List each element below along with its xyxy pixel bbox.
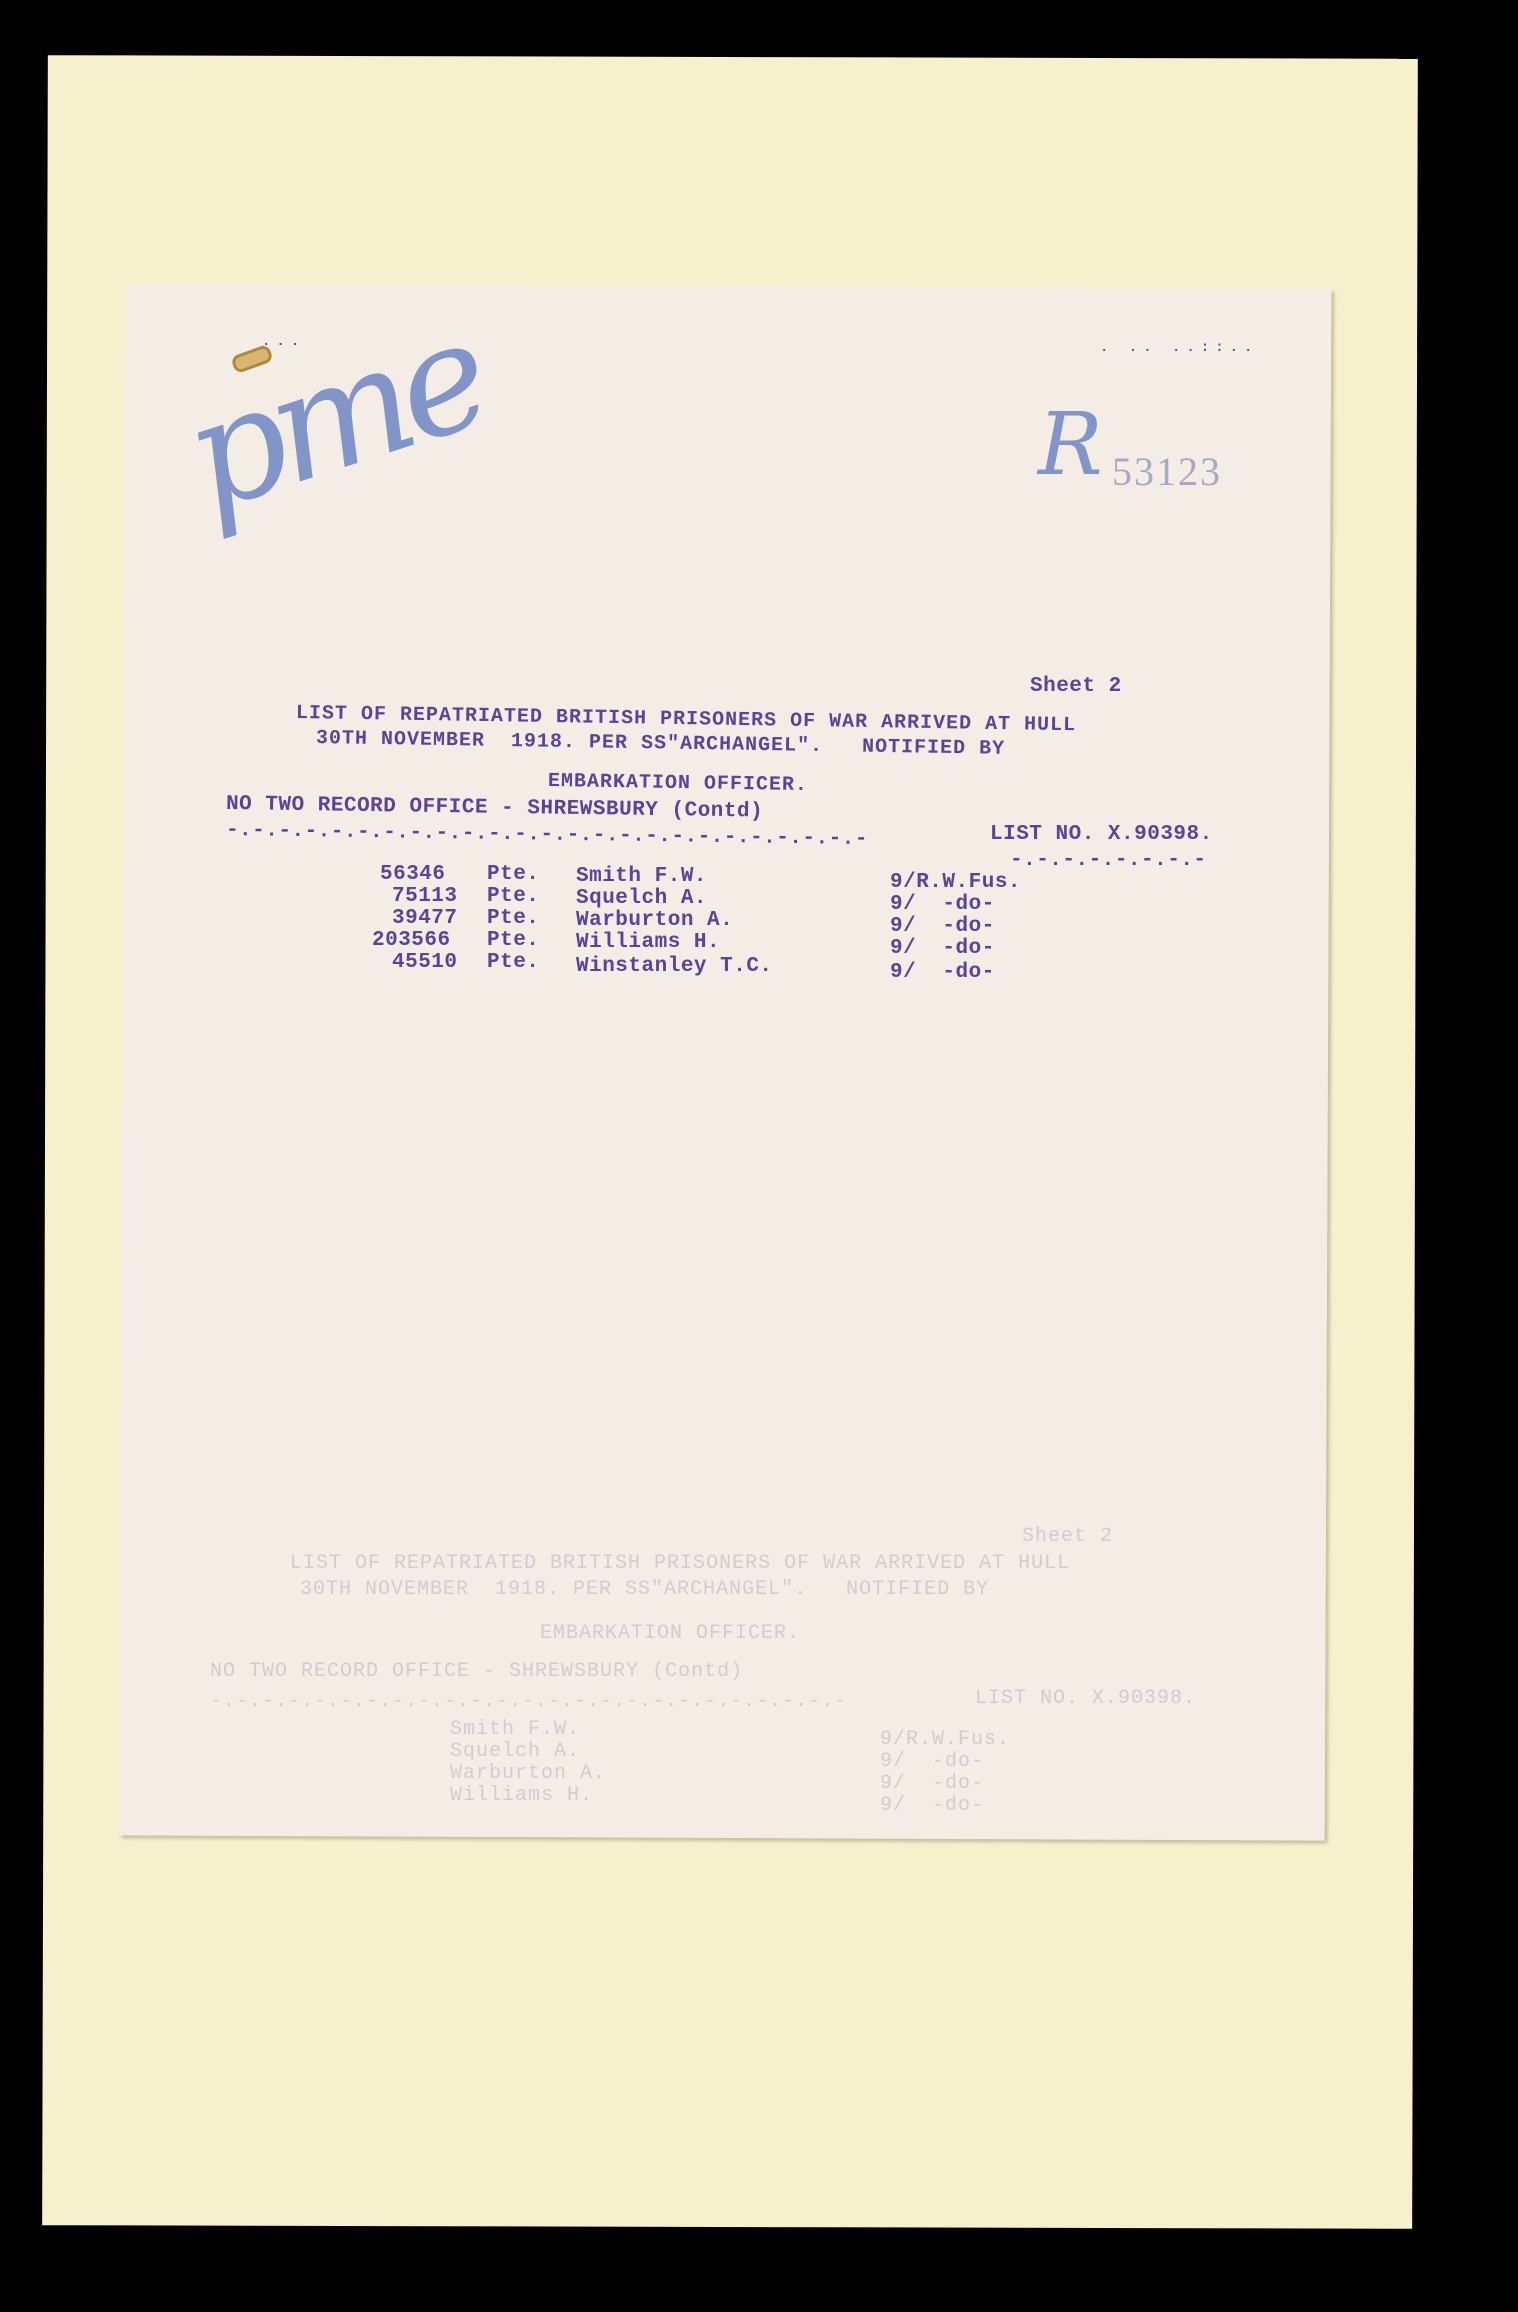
entry-number: 203566: [372, 930, 451, 952]
entry-name: Winstanley T.C.: [576, 956, 773, 978]
ghost-dash-left: -.-.-.-.-.-.-.-.-.-.-.-.-.-.-.-.-.-.-.-.…: [210, 1690, 847, 1713]
ghost-unit-1: 9/R.W.Fus.: [880, 1728, 1010, 1751]
title-line-3: EMBARKATION OFFICER.: [548, 770, 808, 797]
entry-unit: 9/ -do-: [890, 916, 995, 938]
entry-rank: Pte.: [487, 886, 539, 908]
ghost-sheet-label: Sheet 2: [1022, 1525, 1113, 1548]
entry-number: 45510: [392, 952, 458, 974]
ghost-record-office: NO TWO RECORD OFFICE - SHREWSBURY (Contd…: [210, 1660, 743, 1683]
ghost-entry-1: Smith F.W.: [450, 1718, 580, 1741]
entry-name: Smith F.W.: [576, 866, 707, 888]
entry-number: 56346: [380, 864, 446, 886]
top-right-dots: . .. ..::..: [1100, 340, 1258, 356]
ghost-list-number: LIST NO. X.90398.: [975, 1687, 1196, 1710]
ghost-entry-4: Williams H.: [450, 1784, 593, 1807]
handwritten-ref-letter: R: [1038, 395, 1103, 495]
ghost-title-line-1: LIST OF REPATRIATED BRITISH PRISONERS OF…: [290, 1552, 1070, 1575]
entry-number: 39477: [392, 908, 458, 930]
sheet-label: Sheet 2: [1030, 676, 1122, 698]
entry-name: Squelch A.: [576, 888, 707, 910]
list-number: LIST NO. X.90398.: [990, 824, 1213, 846]
ghost-unit-2: 9/ -do-: [880, 1750, 984, 1773]
ghost-title-line-2: 30TH NOVEMBER 1918. PER SS"ARCHANGEL". N…: [300, 1578, 989, 1601]
entry-unit: 9/R.W.Fus.: [890, 872, 1021, 894]
entry-name: Williams H.: [576, 932, 720, 954]
reference-stamp: 53123: [1112, 448, 1222, 495]
entry-rank: Pte.: [487, 908, 539, 930]
entry-rank: Pte.: [487, 930, 539, 952]
ghost-entry-2: Squelch A.: [450, 1740, 580, 1763]
entry-number: 75113: [392, 886, 458, 908]
entry-rank: Pte.: [487, 952, 539, 974]
entry-unit: 9/ -do-: [890, 894, 995, 916]
ghost-unit-4: 9/ -do-: [880, 1794, 984, 1817]
dash-divider-right: -.-.-.-.-.-.-.-: [1010, 850, 1207, 872]
ghost-title-line-3: EMBARKATION OFFICER.: [540, 1622, 800, 1645]
entry-name: Warburton A.: [576, 910, 733, 932]
entry-unit: 9/ -do-: [890, 962, 995, 984]
entry-unit: 9/ -do-: [890, 938, 995, 960]
ghost-unit-3: 9/ -do-: [880, 1772, 984, 1795]
ghost-entry-3: Warburton A.: [450, 1762, 606, 1785]
entry-rank: Pte.: [487, 864, 539, 886]
